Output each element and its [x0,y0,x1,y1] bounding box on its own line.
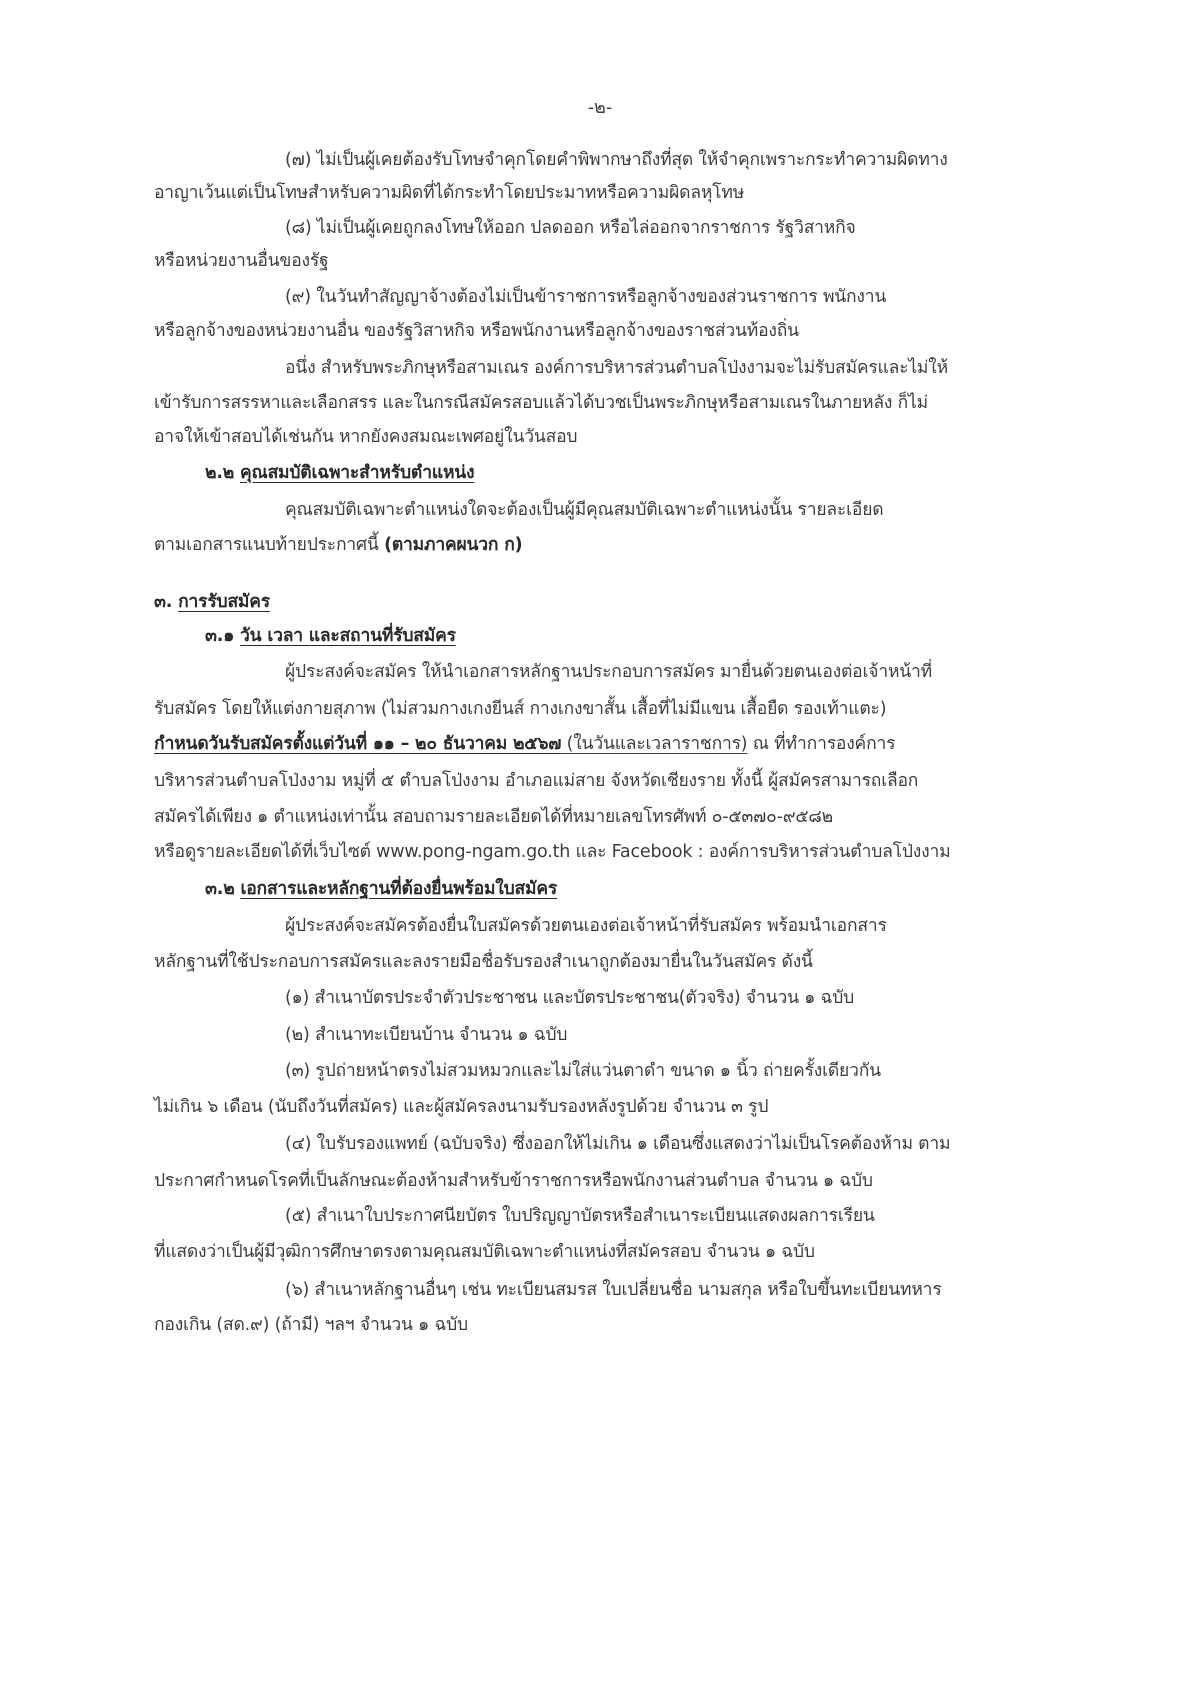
section-3-1-line3: กำหนดวันรับสมัครตั้งแต่วันที่ ๑๑ – ๒๐ ธั… [154,732,895,756]
section-3-heading: ๓. การรับสมัคร [154,590,270,614]
section-3-1-line5: สมัครได้เพียง ๑ ตำแหน่งเท่านั้น สอบถามรา… [154,805,833,829]
location-lead: ณ ที่ทำการองค์การ [747,734,895,754]
qualification-item-7-line2: อาญาเว้นแต่เป็นโทษสำหรับความผิดที่ได้กระ… [154,181,744,205]
facebook-lead: และ Facebook : [570,842,709,862]
section-3-1-line1: ผู้ประสงค์จะสมัคร ให้นำเอกสารหลักฐานประก… [285,660,932,684]
section-3-2-heading: ๓.๒ เอกสารและหลักฐานที่ต้องยื่นพร้อมใบสม… [205,877,557,901]
section-3-2-intro-line2: หลักฐานที่ใช้ประกอบการสมัครและลงรายมือชื… [154,950,813,974]
section-3-2-number: ๓.๒ [205,879,235,899]
section-3-number: ๓. [154,592,172,612]
page-number: -๒- [0,92,1200,121]
section-3-1-line6: หรือดูรายละเอียดได้ที่เว็บไซต์ www.pong-… [154,840,950,864]
website-lead: หรือดูรายละเอียดได้ที่เว็บไซต์ [154,842,376,862]
document-item-1-line1: (๑) สำเนาบัตรประจำตัวประชาชน และบัตรประช… [285,986,854,1010]
section-3-1-heading: ๓.๑ วัน เวลา และสถานที่รับสมัคร [205,624,456,648]
facebook-page-name: องค์การบริหารส่วนตำบลโป่งงาม [709,842,951,862]
document-item-6-line2: กองเกิน (สด.๙) (ถ้ามี) ฯลฯ จำนวน ๑ ฉบับ [154,1313,468,1337]
section-2-2-heading: ๒.๒ คุณสมบัติเฉพาะสำหรับตำแหน่ง [205,461,474,485]
section-3-1-line4: บริหารส่วนตำบลโป่งงาม หมู่ที่ ๕ ตำบลโป่ง… [154,769,918,793]
section-2-2-line2: ตามเอกสารแนบท้ายประกาศนี้ (ตามภาคผนวก ก) [154,533,522,557]
appendix-reference: (ตามภาคผนวก ก) [384,535,522,555]
section-3-1-line2: รับสมัคร โดยให้แต่งกายสุภาพ (ไม่สวมกางเก… [154,697,886,721]
document-item-3-line1: (๓) รูปถ่ายหน้าตรงไม่สวมหมวกและไม่ใส่แว่… [285,1059,881,1083]
section-3-1-number: ๓.๑ [205,626,234,646]
qualification-item-9-line1: (๙) ในวันทำสัญญาจ้างต้องไม่เป็นข้าราชการ… [285,285,886,309]
section-3-2-intro-line1: ผู้ประสงค์จะสมัครต้องยื่นใบสมัครด้วยตนเอ… [285,914,887,938]
document-item-5-line2: ที่แสดงว่าเป็นผู้มีวุฒิการศึกษาตรงตามคุณ… [154,1240,815,1264]
application-period: กำหนดวันรับสมัครตั้งแต่วันที่ ๑๑ – ๒๐ ธั… [154,734,561,754]
section-2-2-title: คุณสมบัติเฉพาะสำหรับตำแหน่ง [240,463,474,483]
document-item-3-line2: ไม่เกิน ๖ เดือน (นับถึงวันที่สมัคร) และผ… [154,1095,768,1119]
document-item-6-line1: (๖) สำเนาหลักฐานอื่นๆ เช่น ทะเบียนสมรส ใ… [285,1278,942,1302]
section-3-title: การรับสมัคร [178,592,270,612]
monk-note-line3: อาจให้เข้าสอบได้เช่นกัน หากยังคงสมณะเพศอ… [154,425,577,449]
website-link[interactable]: www.pong-ngam.go.th [376,842,570,862]
qualification-item-7-line1: (๗) ไม่เป็นผู้เคยต้องรับโทษจำคุกโดยคำพิพ… [285,148,948,172]
monk-note-line1: อนึ่ง สำหรับพระภิกษุหรือสามเณร องค์การบร… [285,356,948,380]
qualification-item-8-line2: หรือหน่วยงานอื่นของรัฐ [154,249,329,273]
document-item-4-line2: ประกาศกำหนดโรคที่เป็นลักษณะต้องห้ามสำหรั… [154,1169,873,1193]
section-3-1-title: วัน เวลา และสถานที่รับสมัคร [240,626,456,646]
office-hours-note: (ในวันและเวลาราชการ) [561,734,747,754]
qualification-item-9-line2: หรือลูกจ้างของหน่วยงานอื่น ของรัฐวิสาหกิ… [154,319,799,343]
section-2-2-line1: คุณสมบัติเฉพาะตำแหน่งใดจะต้องเป็นผู้มีคุ… [285,498,883,522]
qualification-item-8-line1: (๘) ไม่เป็นผู้เคยถูกลงโทษให้ออก ปลดออก ห… [285,216,856,240]
section-2-2-number: ๒.๒ [205,463,234,483]
document-item-5-line1: (๕) สำเนาใบประกาศนียบัตร ใบปริญญาบัตรหรื… [285,1204,875,1228]
monk-note-line2: เข้ารับการสรรหาและเลือกสรร และในกรณีสมัค… [154,391,928,415]
document-item-2-line1: (๒) สำเนาทะเบียนบ้าน จำนวน ๑ ฉบับ [285,1023,567,1047]
document-item-4-line1: (๔) ใบรับรองแพทย์ (ฉบับจริง) ซึ่งออกให้ไ… [285,1132,950,1156]
section-2-2-line2-text: ตามเอกสารแนบท้ายประกาศนี้ [154,535,384,555]
section-3-2-title: เอกสารและหลักฐานที่ต้องยื่นพร้อมใบสมัคร [240,879,557,899]
